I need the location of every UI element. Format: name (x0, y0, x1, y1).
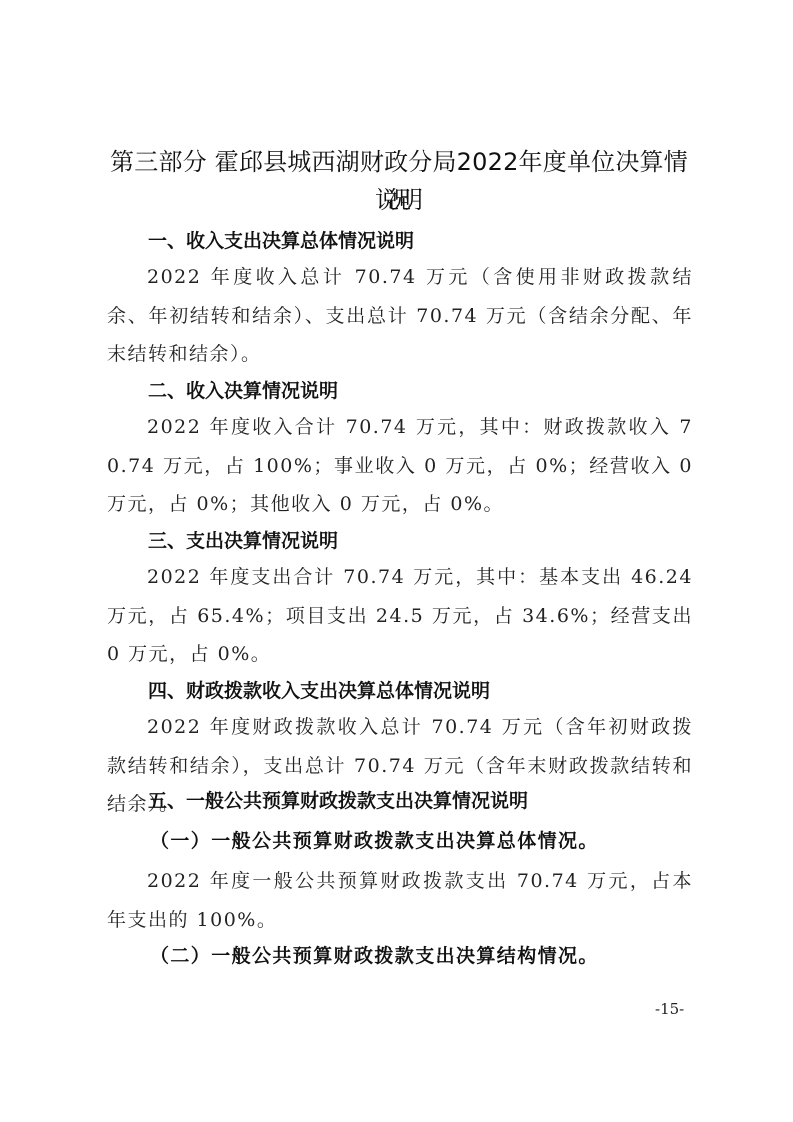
page-number: -15- (655, 1000, 684, 1018)
document-page: 第三部分 霍邱县城西湖财政分局2022年度单位决算情况 说明 一、收入支出决算总… (0, 0, 793, 1122)
subsection-body-5-1: 2022 年度一般公共预算财政拨款支出 70.74 万元，占本年支出的 100%… (107, 862, 693, 939)
section-body-2: 2022 年度收入合计 70.74 万元，其中：财政拨款收入 70.74 万元，… (107, 408, 693, 524)
subsection-heading-5-1: （一）一般公共预算财政拨款支出决算总体情况。 (150, 826, 599, 856)
section-heading-5: 五、一般公共预算财政拨款支出决算情况说明 (148, 786, 528, 816)
subsection-heading-5-2: （二）一般公共预算财政拨款支出决算结构情况。 (150, 941, 599, 971)
section-heading-1: 一、收入支出决算总体情况说明 (148, 226, 414, 256)
section-heading-4: 四、财政拨款收入支出决算总体情况说明 (148, 676, 490, 706)
section-body-1: 2022 年度收入总计 70.74 万元（含使用非财政拨款结余、年初结转和结余）… (107, 258, 693, 374)
section-heading-2: 二、收入决算情况说明 (148, 376, 338, 406)
page-title-continued: 说明 (100, 181, 698, 219)
section-body-3: 2022 年度支出合计 70.74 万元，其中：基本支出 46.24 万元，占 … (107, 558, 693, 674)
section-heading-3: 三、支出决算情况说明 (148, 526, 338, 556)
